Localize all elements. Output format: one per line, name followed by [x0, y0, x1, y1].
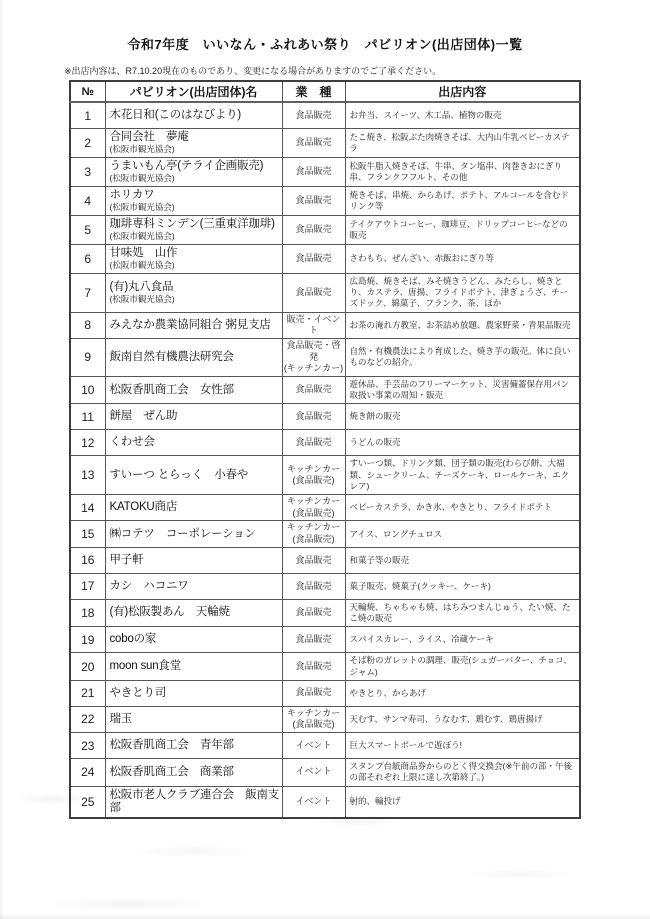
business-type: 食品販売 — [282, 573, 345, 599]
booth-content: 松阪牛脂入焼きそば、牛串、タン塩串、肉巻きおにぎり串、フランクフフルト、その他 — [345, 157, 580, 186]
table-row: 20moon sun食堂食品販売そば粉のガレットの調理、販売(シュガーバター、チ… — [70, 653, 580, 680]
pavilion-name: 甲子軒 — [105, 547, 282, 573]
business-type: 販売・イベント — [282, 312, 345, 338]
business-type: 食品販売 — [282, 244, 345, 273]
booth-content: 自然・有機農法により育成した、焼き芋の販売。体に良いものなどの紹介。 — [345, 338, 580, 376]
row-number: 8 — [70, 312, 105, 338]
booth-content: 天輪焼、ちゃちゃも焼、はちみつまんじゅう、たい焼、たこ焼の販売 — [345, 599, 580, 626]
row-number: 24 — [70, 759, 105, 786]
booth-content: 巨大スマートボールで遊ぼう! — [345, 733, 580, 759]
pavilion-name-text: カシ ハコニワ — [110, 580, 189, 592]
business-type: イベント — [282, 786, 345, 818]
pavilion-name-text: ㈱コテツ コーポレーション — [110, 528, 256, 540]
row-number: 25 — [70, 786, 105, 818]
row-number: 21 — [70, 680, 105, 706]
business-type: キッチンカー (食品販売) — [282, 456, 345, 495]
row-number: 4 — [70, 186, 105, 215]
row-number: 20 — [70, 653, 105, 680]
booth-content: 遊休品、手芸品のフリーマーケット、災害備蓄保存用パン取扱い事業の周知・販売 — [345, 377, 580, 404]
row-number: 17 — [70, 573, 105, 599]
pavilion-name-subtext: (松阪市観光協会) — [110, 203, 280, 213]
row-number: 15 — [70, 521, 105, 547]
row-number: 22 — [70, 706, 105, 732]
row-number: 5 — [70, 215, 105, 244]
pavilion-name: 松阪香肌商工会 青年部 — [105, 733, 282, 759]
table-row: 23松阪香肌商工会 青年部イベント巨大スマートボールで遊ぼう! — [70, 733, 580, 759]
business-type: イベント — [282, 759, 345, 786]
table-row: 3うまいもん亭(テライ企画販売)(松阪市観光協会)食品販売松阪牛脂入焼きそば、牛… — [70, 157, 580, 186]
row-number: 9 — [70, 338, 105, 376]
pavilion-name-subtext: (松阪市観光協会) — [110, 174, 280, 184]
pavilion-name-text: 松阪市老人クラブ連合会 飯南支部 — [110, 789, 280, 814]
business-type: 食品販売 — [282, 430, 345, 456]
row-number: 10 — [70, 377, 105, 404]
table-row: 21やきとり司食品販売やきとり、からあげ — [70, 680, 580, 706]
booth-content: そば粉のガレットの調理、販売(シュガーバター、チョコ、ジャム) — [345, 653, 580, 680]
table-row: 19coboの家食品販売スパイスカレー、ライス、冷蔵ケーキ — [70, 627, 580, 653]
business-type: 食品販売 — [282, 680, 345, 706]
pavilion-name-text: 甲子軒 — [110, 554, 144, 566]
booth-content: お茶の淹れ方教室、お茶詰め放題、農家野菜・青果品販売 — [345, 312, 580, 338]
booth-content: 菓子販売、焼菓子(クッキー、ケーキ) — [345, 573, 580, 599]
revision-note: ※出店内容は、R7.10.20現在のものであり、変更になる場合がありますのでご了… — [64, 64, 650, 77]
pavilion-name-text: KATOKU商店 — [110, 501, 178, 513]
page-title: 令和7年度 いいなん・ふれあい祭り パビリオン(出店団体)一覧 — [0, 34, 650, 53]
business-type: 食品販売 — [282, 377, 345, 404]
business-type: 食品販売 — [282, 404, 345, 430]
pavilion-name: くわせ会 — [105, 430, 282, 456]
booth-content: 焼き餅の販売 — [345, 404, 580, 430]
pavilion-name-text: 合同会社 夢庵 — [110, 131, 189, 143]
pavilion-name-text: 珈琲専科ミンデン(三重東洋珈琲) — [110, 218, 275, 230]
business-type: 食品販売 — [282, 102, 345, 129]
business-type: キッチンカー (食品販売) — [282, 495, 345, 521]
booth-content: 広島焼、焼きそば、みそ焼きうどん、みたらし、焼きとり、カステラ、唐揚、フライドポ… — [345, 273, 580, 312]
pavilion-name-text: moon sun食堂 — [110, 660, 182, 672]
pavilion-name-text: うまいもん亭(テライ企画販売) — [110, 160, 264, 172]
pavilion-name: 合同会社 夢庵(松阪市観光協会) — [105, 129, 282, 158]
business-type: 食品販売 — [282, 547, 345, 573]
business-type: 食品販売 — [282, 599, 345, 626]
table-row: 15㈱コテツ コーポレーションキッチンカー (食品販売)アイス、ロングチュロス — [70, 521, 580, 547]
row-number: 18 — [70, 599, 105, 626]
business-type: 食品販売 — [282, 215, 345, 244]
table-row: 17カシ ハコニワ食品販売菓子販売、焼菓子(クッキー、ケーキ) — [70, 573, 580, 599]
pavilion-name-text: 甘味処 山作 — [110, 247, 178, 259]
table-row: 22瑞玉キッチンカー (食品販売)天むす、サンマ寿司、うなむす、鶏むす、鶏唐揚げ — [70, 706, 580, 732]
row-number: 6 — [70, 244, 105, 273]
pavilion-name-subtext: (松阪市観光協会) — [110, 232, 280, 242]
table-row: 18(有)松阪製あん 天輪焼食品販売天輪焼、ちゃちゃも焼、はちみつまんじゅう、た… — [70, 599, 580, 626]
row-number: 11 — [70, 404, 105, 430]
booth-content: やきとり、からあげ — [345, 680, 580, 706]
row-number: 19 — [70, 627, 105, 653]
pavilion-name-text: 松阪香肌商工会 女性部 — [110, 384, 234, 396]
booth-content: お弁当、スイーツ、木工品、植物の販売 — [345, 102, 580, 129]
header-no: № — [70, 81, 105, 102]
header-pavilion-name: パビリオン(出店団体)名 — [105, 81, 282, 102]
pavilion-name: 瑞玉 — [105, 706, 282, 732]
table-row: 16甲子軒食品販売和菓子等の販売 — [70, 547, 580, 573]
booth-content: さわもち、ぜんざい、赤飯おにぎり等 — [345, 244, 580, 273]
row-number: 16 — [70, 547, 105, 573]
pavilion-name: (有)丸八食品(松阪市観光協会) — [105, 273, 282, 312]
booth-content: テイクアウトコーヒー、珈琲豆、ドリップコーヒーなどの販売 — [345, 215, 580, 244]
booth-content: 射的、輪投げ — [345, 786, 580, 818]
table-row: 11餅屋 ぜん助食品販売焼き餅の販売 — [70, 404, 580, 430]
business-type: イベント — [282, 733, 345, 759]
row-number: 3 — [70, 157, 105, 186]
pavilion-name-text: くわせ会 — [110, 436, 155, 448]
table-row: 24松阪香肌商工会 商業部イベントスタンプ台紙商品券からのとく得交換会(※午前の… — [70, 759, 580, 786]
business-type: 食品販売 — [282, 653, 345, 680]
booth-content: ベビーカステラ、かき氷、やきとり、フライドポテト — [345, 495, 580, 521]
pavilion-name: 木花日和(このはなびより) — [105, 102, 282, 129]
booth-content: アイス、ロングチュロス — [345, 521, 580, 547]
row-number: 12 — [70, 430, 105, 456]
scan-noise-left-edge — [0, 0, 4, 919]
pavilion-name-text: 木花日和(このはなびより) — [110, 109, 242, 121]
table-row: 13すいーつ とらっく 小春やキッチンカー (食品販売)すいーつ類、ドリンク類、… — [70, 456, 580, 495]
pavilion-name-text: 瑞玉 — [110, 713, 133, 725]
business-type: 食品販売・啓発 (キッチンカー) — [282, 338, 345, 376]
pavilion-name: すいーつ とらっく 小春や — [105, 456, 282, 495]
table-row: 1木花日和(このはなびより)食品販売お弁当、スイーツ、木工品、植物の販売 — [70, 102, 580, 129]
pavilion-name-subtext: (松阪市観光協会) — [110, 145, 280, 155]
booth-content: 焼きそば、串焼、からあげ、ポテト、アルコールを含むドリンク等 — [345, 186, 580, 215]
pavilion-name-subtext: (松阪市観光協会) — [110, 261, 280, 271]
business-type: 食品販売 — [282, 273, 345, 312]
business-type: 食品販売 — [282, 157, 345, 186]
table-row: 5珈琲専科ミンデン(三重東洋珈琲)(松阪市観光協会)食品販売テイクアウトコーヒー… — [70, 215, 580, 244]
booth-content: すいーつ類、ドリンク類、団子類の販売(わらび餅、大福類、シュークリーム、チーズケ… — [345, 456, 580, 495]
pavilion-name-text: すいーつ とらっく 小春や — [110, 469, 249, 481]
pavilion-name: 甘味処 山作(松阪市観光協会) — [105, 244, 282, 273]
table-header-row: № パビリオン(出店団体)名 業 種 出店内容 — [70, 81, 580, 102]
booth-content: うどんの販売 — [345, 430, 580, 456]
business-type: キッチンカー (食品販売) — [282, 706, 345, 732]
pavilion-name: カシ ハコニワ — [105, 573, 282, 599]
business-type: 食品販売 — [282, 627, 345, 653]
pavilion-name: 餅屋 ぜん助 — [105, 404, 282, 430]
pavilion-name-text: ホリカワ — [110, 189, 155, 201]
pavilion-name-text: 松阪香肌商工会 商業部 — [110, 766, 234, 778]
pavilion-name-subtext: (松阪市観光協会) — [110, 295, 280, 305]
pavilion-name-text: (有)丸八食品 — [110, 281, 174, 293]
row-number: 1 — [70, 102, 105, 129]
header-business-type: 業 種 — [282, 81, 345, 102]
pavilion-name: うまいもん亭(テライ企画販売)(松阪市観光協会) — [105, 157, 282, 186]
table-body: 1木花日和(このはなびより)食品販売お弁当、スイーツ、木工品、植物の販売2合同会… — [70, 102, 580, 818]
table-row: 25松阪市老人クラブ連合会 飯南支部イベント射的、輪投げ — [70, 786, 580, 818]
pavilion-name: 松阪市老人クラブ連合会 飯南支部 — [105, 786, 282, 818]
pavilion-name: 松阪香肌商工会 商業部 — [105, 759, 282, 786]
pavilion-name-text: やきとり司 — [110, 687, 167, 699]
booth-content: たこ焼き、松阪ぶた肉焼きそば、大内山牛乳ベビーカステラ — [345, 129, 580, 158]
booth-content: 和菓子等の販売 — [345, 547, 580, 573]
header-booth-content: 出店内容 — [345, 81, 580, 102]
pavilion-name: coboの家 — [105, 627, 282, 653]
table-row: 6甘味処 山作(松阪市観光協会)食品販売さわもち、ぜんざい、赤飯おにぎり等 — [70, 244, 580, 273]
table-row: 14KATOKU商店キッチンカー (食品販売)ベビーカステラ、かき氷、やきとり、… — [70, 495, 580, 521]
business-type: キッチンカー (食品販売) — [282, 521, 345, 547]
pavilion-name: KATOKU商店 — [105, 495, 282, 521]
row-number: 13 — [70, 456, 105, 495]
pavilion-name: moon sun食堂 — [105, 653, 282, 680]
pavilion-name-text: 飯南自然有機農法研究会 — [110, 351, 234, 363]
pavilion-name: やきとり司 — [105, 680, 282, 706]
pavilion-name: ホリカワ(松阪市観光協会) — [105, 186, 282, 215]
table-row: 8みえなか農業協同組合 粥見支店販売・イベントお茶の淹れ方教室、お茶詰め放題、農… — [70, 312, 580, 338]
pavilion-name-text: coboの家 — [110, 633, 157, 645]
pavilion-name: 松阪香肌商工会 女性部 — [105, 377, 282, 404]
table-row: 12くわせ会食品販売うどんの販売 — [70, 430, 580, 456]
pavilion-name-text: (有)松阪製あん 天輪焼 — [110, 606, 230, 618]
pavilion-name: ㈱コテツ コーポレーション — [105, 521, 282, 547]
pavilion-list-table: № パビリオン(出店団体)名 業 種 出店内容 1木花日和(このはなびより)食品… — [69, 80, 581, 819]
scanned-document: { "page": { "title": "令和7年度 いいなん・ふれあい祭り … — [0, 0, 650, 919]
pavilion-name-text: 餅屋 ぜん助 — [110, 410, 178, 422]
pavilion-name: (有)松阪製あん 天輪焼 — [105, 599, 282, 626]
table-row: 9飯南自然有機農法研究会食品販売・啓発 (キッチンカー)自然・有機農法により育成… — [70, 338, 580, 376]
row-number: 2 — [70, 129, 105, 158]
row-number: 23 — [70, 733, 105, 759]
table-row: 4ホリカワ(松阪市観光協会)食品販売焼きそば、串焼、からあげ、ポテト、アルコール… — [70, 186, 580, 215]
pavilion-name: みえなか農業協同組合 粥見支店 — [105, 312, 282, 338]
pavilion-name-text: 松阪香肌商工会 青年部 — [110, 739, 234, 751]
business-type: 食品販売 — [282, 186, 345, 215]
business-type: 食品販売 — [282, 129, 345, 158]
row-number: 14 — [70, 495, 105, 521]
table-row: 2合同会社 夢庵(松阪市観光協会)食品販売たこ焼き、松阪ぶた肉焼きそば、大内山牛… — [70, 129, 580, 158]
booth-content: 天むす、サンマ寿司、うなむす、鶏むす、鶏唐揚げ — [345, 706, 580, 732]
table-row: 7(有)丸八食品(松阪市観光協会)食品販売広島焼、焼きそば、みそ焼きうどん、みた… — [70, 273, 580, 312]
booth-content: スパイスカレー、ライス、冷蔵ケーキ — [345, 627, 580, 653]
pavilion-name-text: みえなか農業協同組合 粥見支店 — [110, 319, 271, 331]
booth-content: スタンプ台紙商品券からのとく得交換会(※午前の部・午後の部それぞれ上限に達し次第… — [345, 759, 580, 786]
row-number: 7 — [70, 273, 105, 312]
pavilion-name: 飯南自然有機農法研究会 — [105, 338, 282, 376]
table-row: 10松阪香肌商工会 女性部食品販売遊休品、手芸品のフリーマーケット、災害備蓄保存… — [70, 377, 580, 404]
pavilion-name: 珈琲専科ミンデン(三重東洋珈琲)(松阪市観光協会) — [105, 215, 282, 244]
